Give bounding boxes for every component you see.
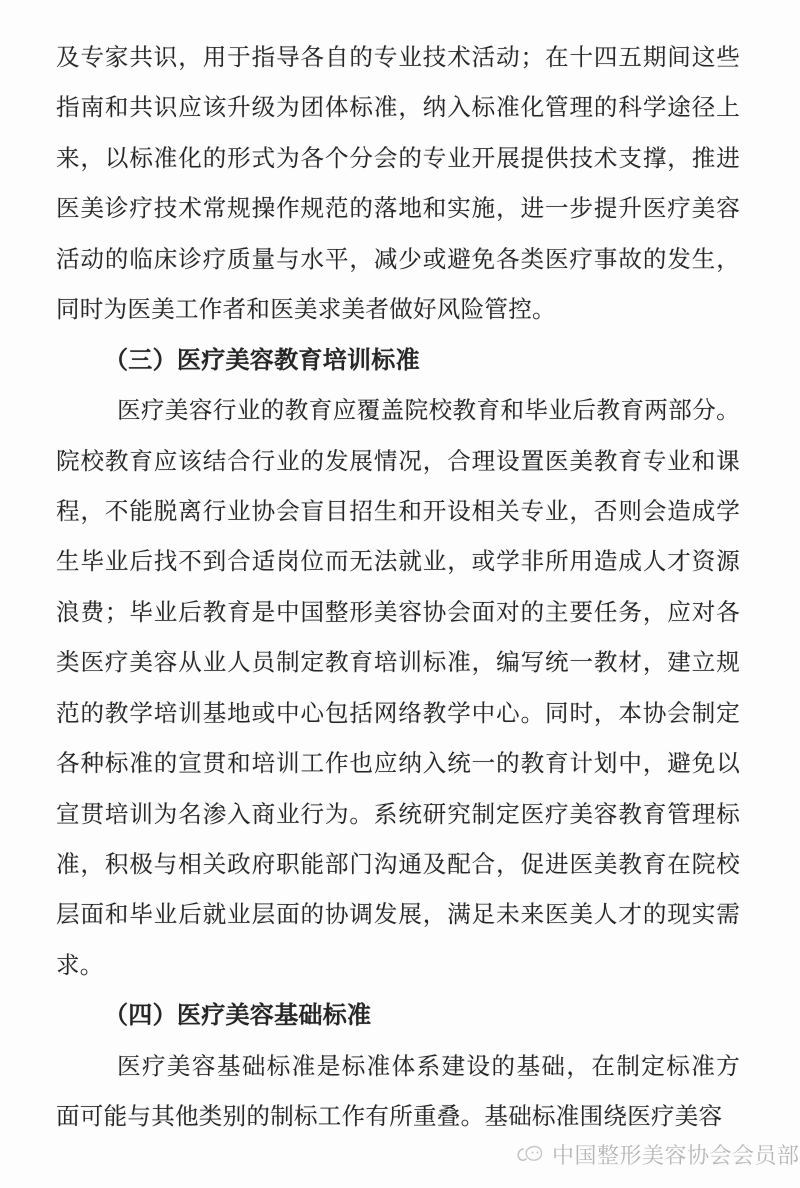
text-line: 程，不能脱离行业协会盲目招生和开设相关专业，否则会造成学: [56, 487, 740, 537]
text-line: 院校教育应该结合行业的发展情况，合理设置医美教育专业和课: [56, 437, 740, 487]
text-line: 层面和毕业后就业层面的协调发展，满足未来医美人才的现实需: [56, 890, 740, 940]
text-line: 生毕业后找不到合适岗位而无法就业，或学非所用造成人才资源: [56, 537, 740, 587]
text-line: 指南和共识应该升级为团体标准，纳入标准化管理的科学途径上: [56, 83, 740, 133]
watermark-text: 中国整形美容协会会员部: [552, 1139, 800, 1170]
text-line: 宣贯培训为名渗入商业行为。系统研究制定医疗美容教育管理标: [56, 790, 740, 840]
text-line: 求。: [56, 941, 740, 991]
text-line: 医疗美容行业的教育应覆盖院校教育和毕业后教育两部分。: [56, 386, 740, 436]
document-page: 及专家共识，用于指导各自的专业技术活动；在十四五期间这些指南和共识应该升级为团体…: [0, 0, 800, 1188]
text-line: 活动的临床诊疗质量与水平，减少或避免各类医疗事故的发生，: [56, 235, 740, 285]
association-logo-icon: [514, 1141, 546, 1168]
text-line: 各种标准的宣贯和培训工作也应纳入统一的教育计划中，避免以: [56, 739, 740, 789]
section-heading: （三）医疗美容教育培训标准: [56, 336, 740, 386]
text-line: 浪费；毕业后教育是中国整形美容协会面对的主要任务，应对各: [56, 588, 740, 638]
text-line: 准，积极与相关政府职能部门沟通及配合，促进医美教育在院校: [56, 840, 740, 890]
section-heading: （四）医疗美容基础标准: [56, 991, 740, 1041]
document-body: 及专家共识，用于指导各自的专业技术活动；在十四五期间这些指南和共识应该升级为团体…: [56, 33, 740, 1143]
text-line: 医疗美容基础标准是标准体系建设的基础，在制定标准方: [56, 1042, 740, 1092]
text-line: 范的教学培训基地或中心包括网络教学中心。同时，本协会制定: [56, 689, 740, 739]
text-line: 来，以标准化的形式为各个分会的专业开展提供技术支撑，推进: [56, 134, 740, 184]
text-line: 类医疗美容从业人员制定教育培训标准，编写统一教材，建立规: [56, 638, 740, 688]
watermark: 中国整形美容协会会员部: [514, 1138, 800, 1170]
text-line: 同时为医美工作者和医美求美者做好风险管控。: [56, 285, 740, 335]
text-line: 及专家共识，用于指导各自的专业技术活动；在十四五期间这些: [56, 33, 740, 83]
text-line: 医美诊疗技术常规操作规范的落地和实施，进一步提升医疗美容: [56, 184, 740, 234]
text-line: 面可能与其他类别的制标工作有所重叠。基础标准围绕医疗美容: [56, 1092, 740, 1142]
